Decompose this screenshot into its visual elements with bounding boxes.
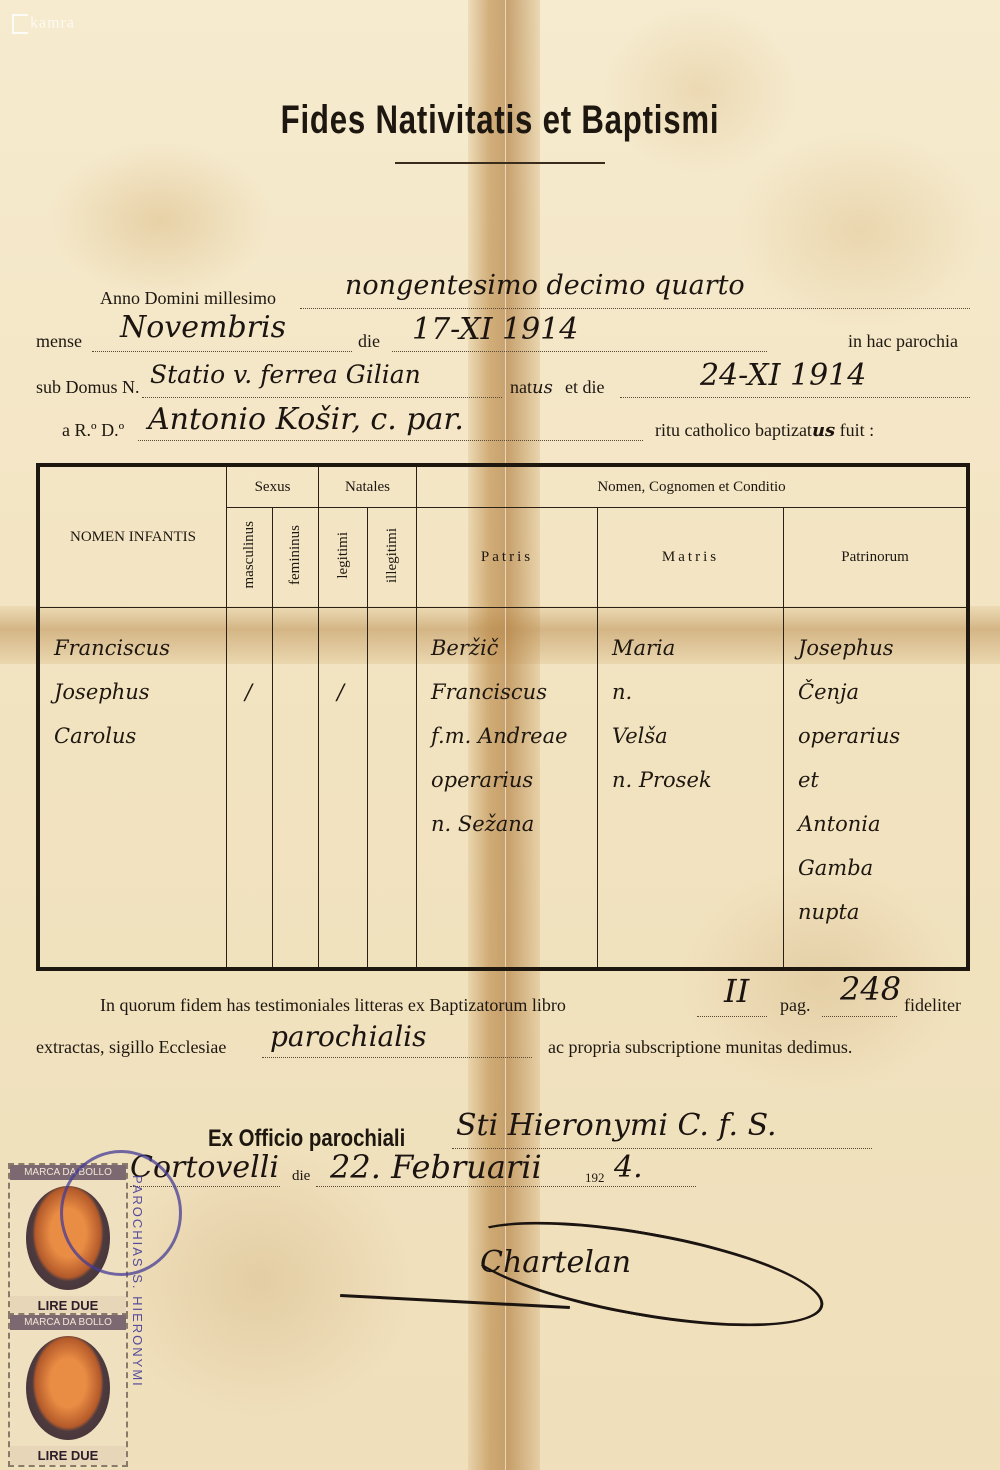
pag-value: 248 [840, 970, 901, 1008]
fuit-label: fuit : [840, 420, 875, 440]
handwritten-line: et [798, 758, 966, 802]
handwritten-line: Beržič [431, 626, 597, 670]
rd-label: a R.º D.º [62, 420, 124, 441]
header-conditio: Nomen, Cognomen et Conditio [417, 465, 969, 508]
illegitimi-label: illegitimi [384, 528, 401, 583]
anno-label: Anno Domini millesimo [100, 288, 276, 309]
year-suffix: 4. [614, 1150, 643, 1185]
handwritten-line: Josephus [54, 670, 226, 714]
handwritten-line: Josephus [798, 626, 966, 670]
revenue-stamp-2: MARCA DA BOLLO LIRE DUE [8, 1313, 128, 1467]
sigillo-value: parochialis [270, 1020, 427, 1053]
header-matris: Matris [598, 508, 784, 608]
header-patris: Patris [417, 508, 598, 608]
stamp-top-label: MARCA DA BOLLO [10, 1315, 126, 1330]
handwritten-line: nupta [798, 890, 966, 934]
handwritten-line: n. [612, 670, 783, 714]
et-die-value: 24-XI 1914 [700, 358, 866, 393]
seal-text: PAROCHIAS S. HIERONYMI [130, 1175, 145, 1388]
cell-legitimi: / [319, 608, 368, 970]
table-row: FranciscusJosephusCarolus / / BeržičFran… [38, 608, 968, 970]
handwritten-line: f.m. Andreae [431, 714, 597, 758]
stamp-portrait [26, 1336, 110, 1440]
handwritten-line: Gamba [798, 846, 966, 890]
handwritten-line: Maria [612, 626, 783, 670]
title-rule [395, 162, 605, 164]
ritu-label: ritu catholico baptizatus fuit : [655, 420, 874, 441]
mense-label: mense [36, 331, 82, 352]
ritu-suffix: us [812, 420, 835, 441]
handwritten-line: n. Sežana [431, 802, 597, 846]
handwritten-line: Franciscus [431, 670, 597, 714]
cell-patrinorum: JosephusČenjaoperariusetAntoniaGambanupt… [784, 608, 969, 970]
ritu-prefix: ritu catholico baptizat [655, 420, 812, 440]
cell-nomen-infantis: FranciscusJosephusCarolus [38, 608, 227, 970]
libro-value: II [724, 972, 749, 1010]
handwritten-line: Franciscus [54, 626, 226, 670]
watermark-logo: kamra [12, 14, 75, 34]
et-die-label: et die [565, 377, 604, 398]
header-nomen-infantis: NOMEN INFANTIS [38, 465, 227, 608]
cell-patris: BeržičFranciscusf.m. Andreaeoperariusn. … [417, 608, 598, 970]
mense-value: Novembris [120, 310, 286, 345]
cell-matris: Marian.Velšan. Prosek [598, 608, 784, 970]
cell-illegitimi [368, 608, 417, 970]
rd-value: Antonio Košir, c. par. [148, 402, 464, 437]
natus-suffix: us [532, 377, 553, 398]
footer-line1-text: In quorum fidem has testimoniales litter… [100, 995, 566, 1016]
pag-label: pag. [780, 995, 811, 1016]
header-patrinorum: Patrinorum [784, 508, 969, 608]
natus-prefix: nat [510, 377, 532, 397]
masculinus-label: masculinus [241, 521, 258, 589]
die-label-office: die [292, 1168, 310, 1185]
stamp-bottom-label: LIRE DUE [10, 1446, 126, 1465]
header-sexus: Sexus [227, 465, 319, 508]
anno-value: nongentesimo decimo quarto [345, 270, 745, 301]
natus-label: natus [510, 377, 553, 398]
signature: Chartelan [480, 1245, 631, 1280]
handwritten-line: Velša [612, 714, 783, 758]
handwritten-line: n. Prosek [612, 758, 783, 802]
fideliter-text: fideliter [904, 995, 961, 1016]
die-value: 17-XI 1914 [412, 312, 578, 347]
legitimi-label: legitimi [335, 532, 352, 579]
office-value: Sti Hieronymi C. f. S. [456, 1108, 777, 1143]
femininus-label: femininus [287, 525, 304, 585]
header-illegitimi: illegitimi [368, 508, 417, 608]
handwritten-line: operarius [431, 758, 597, 802]
date-value: 22. Februarii [330, 1148, 542, 1186]
parochia-label: in hac parochia [848, 331, 958, 352]
year-prefix: 192 [585, 1170, 605, 1186]
logo-icon [12, 14, 28, 34]
header-legitimi: legitimi [319, 508, 368, 608]
cell-femininus [273, 608, 319, 970]
handwritten-line: Čenja [798, 670, 966, 714]
handwritten-line: operarius [798, 714, 966, 758]
header-femininus: femininus [273, 508, 319, 608]
domus-label: sub Domus N. [36, 377, 140, 398]
footer-line2-suffix: ac propria subscriptione munitas dedimus… [548, 1037, 852, 1058]
watermark-text: kamra [30, 15, 75, 32]
die-label: die [358, 331, 380, 352]
domus-value: Statio v. ferrea Gilian [150, 360, 421, 389]
handwritten-line: Antonia [798, 802, 966, 846]
baptism-register-table: NOMEN INFANTIS Sexus Natales Nomen, Cogn… [36, 463, 970, 971]
header-masculinus: masculinus [227, 508, 273, 608]
footer-line2-prefix: extractas, sigillo Ecclesiae [36, 1037, 226, 1058]
handwritten-line: Carolus [54, 714, 226, 758]
header-natales: Natales [319, 465, 417, 508]
document-title: Fides Nativitatis et Baptismi [110, 98, 890, 143]
parish-seal [60, 1150, 182, 1276]
cell-masculinus: / [227, 608, 273, 970]
